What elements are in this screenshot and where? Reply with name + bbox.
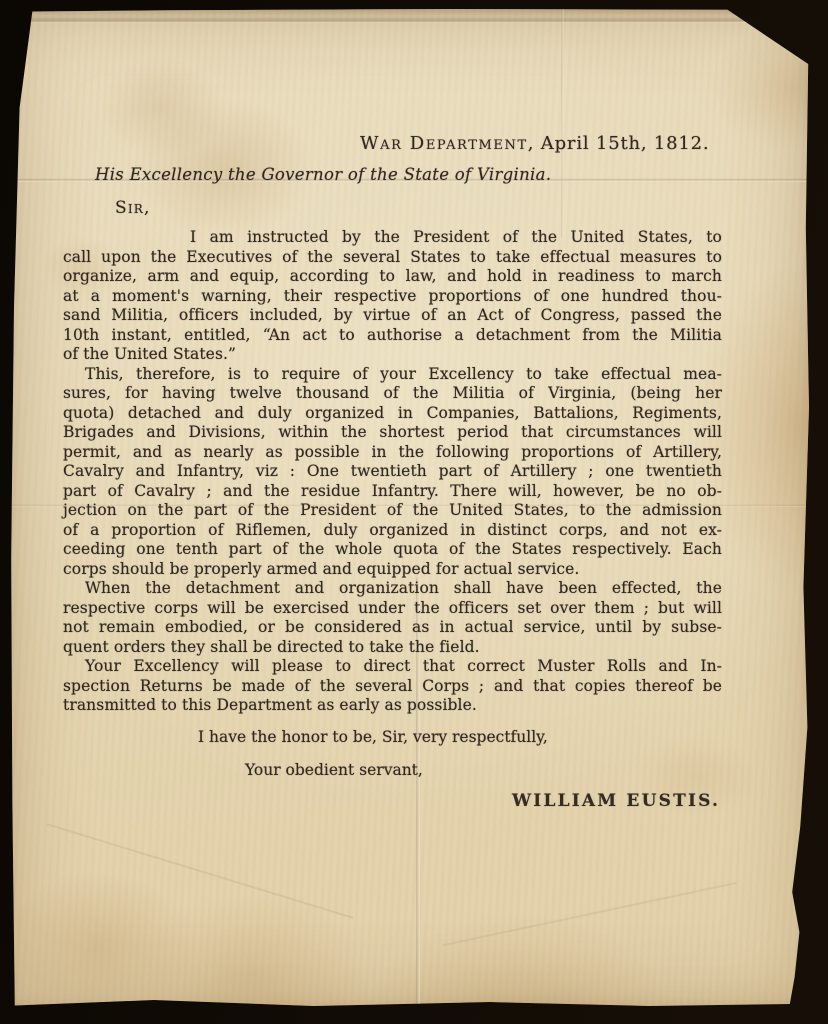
letter-line: transmitted to this Department as early …: [63, 696, 722, 716]
closing-servant-line: Your obedient servant,: [63, 760, 722, 780]
signature: WILLIAM EUSTIS.: [63, 792, 722, 812]
letter-line: ceeding one tenth part of the whole quot…: [63, 540, 722, 560]
closing-honor-line: I have the honor to be, Sir, very respec…: [63, 727, 722, 747]
letter-line: respective corps will be exercised under…: [63, 599, 722, 619]
letter-line: This, therefore, is to require of your E…: [63, 365, 722, 385]
letter-line: part of Cavalry ; and the residue Infant…: [63, 482, 722, 502]
letter-line: not remain embodied, or be considered as…: [63, 618, 722, 638]
letter-line: corps should be properly armed and equip…: [63, 560, 722, 580]
letter-line: sand Militia, officers included, by virt…: [63, 306, 722, 326]
letter-line: 10th instant, entitled, “An act to autho…: [63, 326, 722, 346]
letter-line: When the detachment and organization sha…: [63, 579, 722, 599]
letter-line: quota) detached and duly organized in Co…: [63, 404, 722, 424]
letter-line: permit, and as nearly as possible in the…: [63, 443, 722, 463]
letter-content: War Department, April 15th, 1812. His Ex…: [10, 8, 809, 1007]
letter-line: at a moment's warning, their respective …: [63, 287, 722, 307]
paragraph-4: Your Excellency will please to direct th…: [63, 657, 722, 716]
dateline-department: War Department: [360, 133, 528, 154]
letter-line: spection Returns be made of the several …: [63, 677, 722, 697]
scan-background: War Department, April 15th, 1812. His Ex…: [0, 0, 828, 1024]
paragraph-2: This, therefore, is to require of your E…: [63, 365, 722, 580]
salutation: His Excellency the Governor of the State…: [63, 165, 722, 185]
paragraph-3: When the detachment and organization sha…: [63, 579, 722, 657]
letter-line: organize, arm and equip, according to la…: [63, 267, 722, 287]
letter-line: sures, for having twelve thousand of the…: [63, 384, 722, 404]
letter-line: of a proportion of Riflemen, duly organi…: [63, 521, 722, 541]
letter-line: Your Excellency will please to direct th…: [63, 657, 722, 677]
letter-line: Cavalry and Infantry, viz : One twentiet…: [63, 462, 722, 482]
letter-line: I am instructed by the President of the …: [63, 228, 722, 248]
letter-line: quent orders they shall be directed to t…: [63, 638, 722, 658]
letter-document: War Department, April 15th, 1812. His Ex…: [10, 8, 809, 1007]
letter-line: jection on the part of the President of …: [63, 501, 722, 521]
dateline: War Department, April 15th, 1812.: [63, 133, 722, 155]
letter-line: Brigades and Divisions, within the short…: [63, 423, 722, 443]
greeting: Sir,: [63, 198, 722, 218]
letter-line: call upon the Executives of the several …: [63, 248, 722, 268]
dateline-date: , April 15th, 1812.: [528, 133, 710, 154]
paragraph-1: I am instructed by the President of the …: [63, 228, 722, 365]
letter-line: of the United States.”: [63, 345, 722, 365]
